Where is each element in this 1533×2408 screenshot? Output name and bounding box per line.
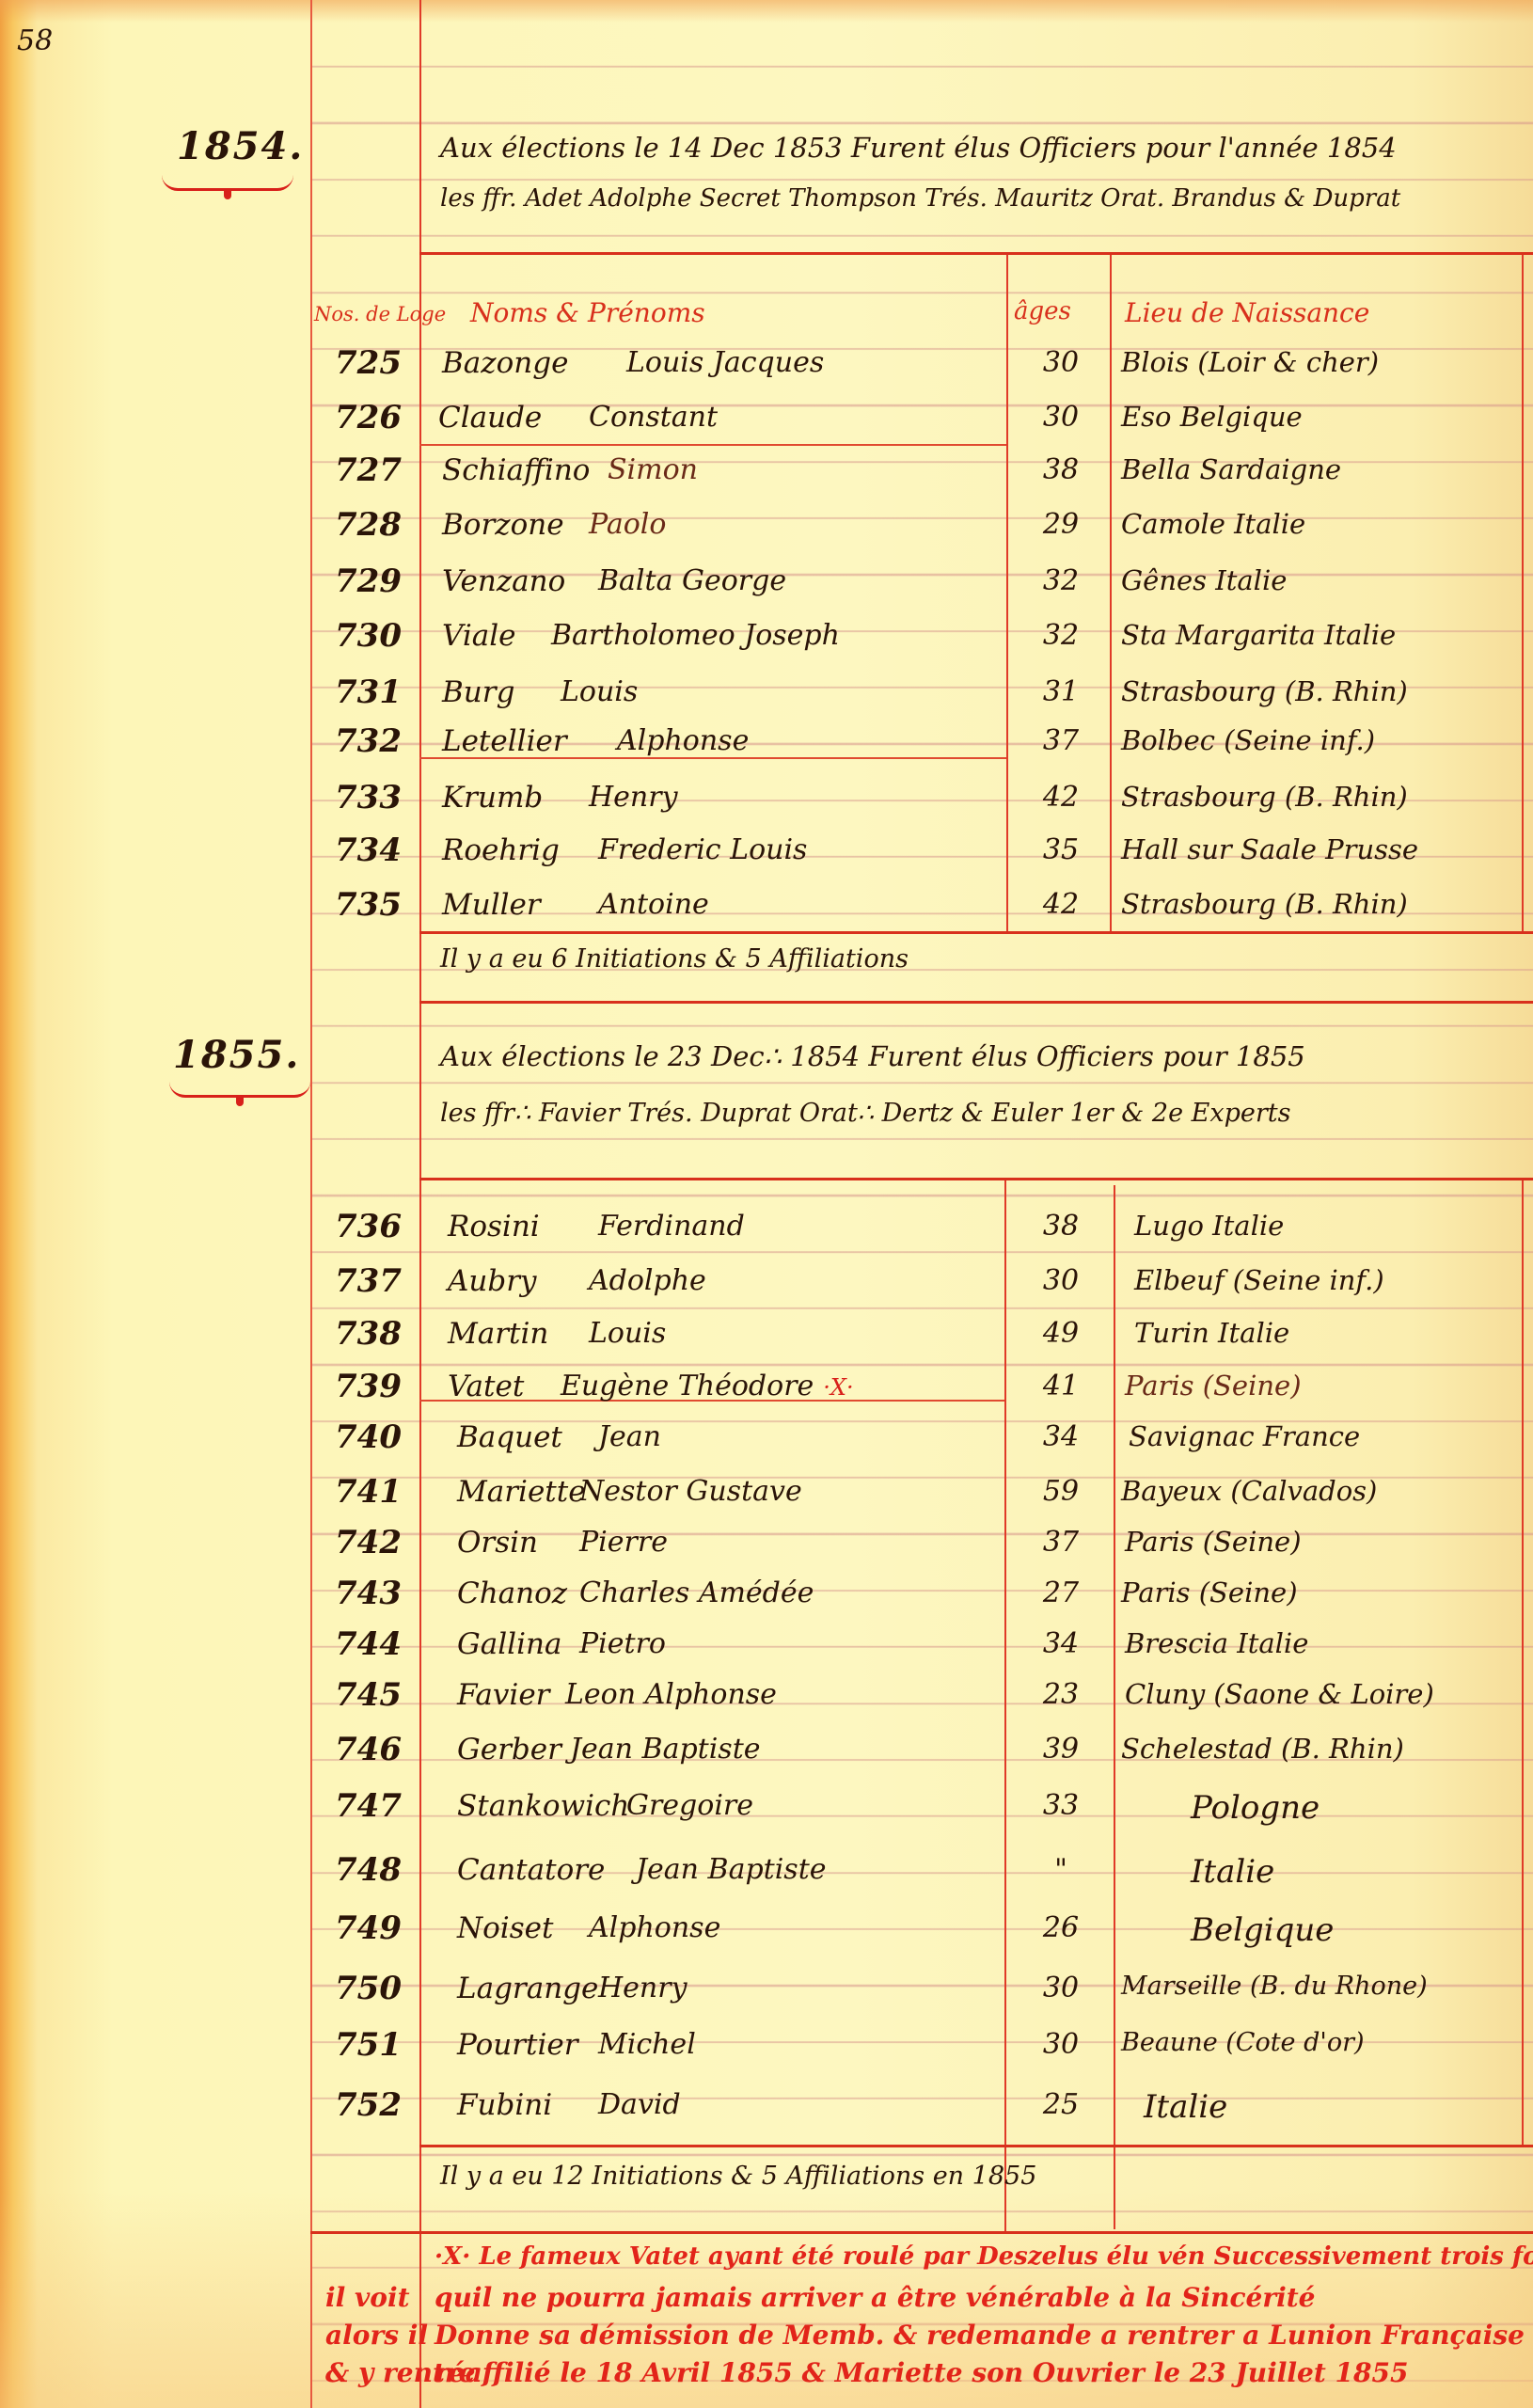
age: 37 bbox=[1023, 1526, 1098, 1559]
given-names: Simon bbox=[608, 453, 698, 486]
surname: Fubini bbox=[457, 2088, 552, 2122]
year-1855: 1855. bbox=[173, 1033, 300, 1077]
given-names: Henry bbox=[598, 1972, 687, 2004]
birthplace: Belgique bbox=[1191, 1911, 1334, 1949]
member-row: 742 Orsin Pierre 37 Paris (Seine) bbox=[316, 1518, 1520, 1573]
lodge-number: 744 bbox=[335, 1625, 419, 1663]
member-row: 736 Rosini Ferdinand 38 Lugo Italie bbox=[316, 1202, 1520, 1257]
age: 25 bbox=[1023, 2088, 1098, 2121]
member-row: 729 Venzano Balta George 32 Gênes Italie bbox=[316, 557, 1520, 611]
given-names: Louis bbox=[589, 1317, 666, 1350]
year-1854: 1854. bbox=[177, 124, 304, 168]
birthplace: Sta Margarita Italie bbox=[1121, 619, 1396, 651]
lodge-number: 741 bbox=[335, 1473, 419, 1511]
surname: Roehrig bbox=[442, 833, 560, 867]
lodge-number: 728 bbox=[335, 506, 419, 544]
birthplace: Blois (Loir & cher) bbox=[1121, 346, 1379, 378]
birthplace: Marseille (B. du Rhone) bbox=[1121, 1972, 1428, 2001]
surname: Letellier bbox=[442, 724, 567, 758]
lodge-number: 750 bbox=[335, 1970, 419, 2007]
member-row: 728 Borzone Paolo 29 Camole Italie bbox=[316, 500, 1520, 555]
birthplace: Cluny (Saone & Loire) bbox=[1125, 1678, 1434, 1710]
given-names: Constant bbox=[589, 401, 718, 434]
footnote-body-line: ·X· Le fameux Vatet ayant été roulé par … bbox=[435, 2242, 1533, 2271]
lodge-number: 726 bbox=[335, 399, 419, 436]
member-row: 750 Lagrange Henry 30 Marseille (B. du R… bbox=[316, 1964, 1520, 2019]
surname: Burg bbox=[442, 675, 514, 709]
member-row: 726 Claude Constant 30 Eso Belgique bbox=[316, 393, 1520, 448]
age: 30 bbox=[1023, 2028, 1098, 2061]
age: 59 bbox=[1023, 1475, 1098, 1508]
member-row: 733 Krumb Henry 42 Strasbourg (B. Rhin) bbox=[316, 773, 1520, 828]
lodge-number: 733 bbox=[335, 779, 419, 816]
surname: Rosini bbox=[448, 1210, 540, 1244]
given-names: Alphonse bbox=[589, 1911, 720, 1944]
lodge-number: 727 bbox=[335, 451, 419, 489]
given-names: Jean Baptiste bbox=[636, 1853, 827, 1886]
member-row: 725 Bazonge Louis Jacques 30 Blois (Loir… bbox=[316, 339, 1520, 393]
member-row: 747 Stankowich Gregoire 33 Pologne bbox=[316, 1782, 1520, 1836]
age: 27 bbox=[1023, 1576, 1098, 1609]
birthplace: Strasbourg (B. Rhin) bbox=[1121, 675, 1408, 707]
birthplace: Paris (Seine) bbox=[1125, 1370, 1302, 1402]
footnote-margin-line: alors il bbox=[325, 2320, 428, 2351]
surname: Chanoz bbox=[457, 1576, 567, 1610]
age: 26 bbox=[1023, 1911, 1098, 1944]
given-names: Louis bbox=[561, 675, 638, 708]
age: 39 bbox=[1023, 1733, 1098, 1766]
age: 34 bbox=[1023, 1627, 1098, 1660]
given-names: Pierre bbox=[579, 1526, 668, 1559]
surname: Favier bbox=[457, 1678, 549, 1712]
summary-1855: Il y a eu 12 Initiations & 5 Affiliation… bbox=[440, 2162, 1036, 2191]
member-row: 740 Baquet Jean 34 Savignac France bbox=[316, 1413, 1520, 1467]
surname: Mariette bbox=[457, 1475, 586, 1509]
surname: Aubry bbox=[448, 1264, 537, 1298]
member-row: 739 Vatet Eugène Théodore·X· 41 Paris (S… bbox=[316, 1362, 1520, 1417]
birthplace: Italie bbox=[1191, 1853, 1274, 1891]
lodge-number: 743 bbox=[335, 1575, 419, 1612]
birthplace: Schelestad (B. Rhin) bbox=[1121, 1733, 1404, 1765]
lodge-number: 729 bbox=[335, 562, 419, 600]
age: " bbox=[1023, 1853, 1098, 1886]
given-names: Pietro bbox=[579, 1627, 666, 1660]
elections-1855-line-2: les ffr∴ Favier Trés. Duprat Orat∴ Dertz… bbox=[440, 1099, 1290, 1128]
elections-1854-line-1: Aux élections le 14 Dec 1853 Furent élus… bbox=[440, 132, 1397, 164]
surname: Cantatore bbox=[457, 1853, 605, 1887]
age: 49 bbox=[1023, 1317, 1098, 1350]
age: 38 bbox=[1023, 453, 1098, 486]
member-row: 743 Chanoz Charles Amédée 27 Paris (Sein… bbox=[316, 1569, 1520, 1624]
table-right-rule-1854 bbox=[1522, 252, 1524, 931]
birthplace: Elbeuf (Seine inf.) bbox=[1134, 1264, 1384, 1296]
birthplace: Brescia Italie bbox=[1125, 1627, 1308, 1659]
member-row: 749 Noiset Alphonse 26 Belgique bbox=[316, 1904, 1520, 1958]
col-header-num: Nos. de Loge bbox=[314, 303, 446, 325]
rule-footnote-top bbox=[310, 2231, 1533, 2234]
age: 23 bbox=[1023, 1678, 1098, 1711]
table-right-rule-1855 bbox=[1522, 1178, 1524, 2147]
surname: Stankowich bbox=[457, 1789, 629, 1823]
surname: Claude bbox=[438, 401, 542, 435]
surname: Lagrange bbox=[457, 1972, 598, 2005]
rule-1854-summary-bottom bbox=[419, 1001, 1533, 1004]
rule-1855-table-bottom bbox=[419, 2145, 1533, 2147]
age: 31 bbox=[1023, 675, 1098, 708]
member-row: 730 Viale Bartholomeo Joseph 32 Sta Marg… bbox=[316, 611, 1520, 666]
page-number: 58 bbox=[17, 24, 53, 57]
given-names: Antoine bbox=[598, 888, 709, 921]
age: 42 bbox=[1023, 888, 1098, 921]
age: 29 bbox=[1023, 508, 1098, 541]
birthplace: Paris (Seine) bbox=[1125, 1526, 1302, 1558]
surname: Borzone bbox=[442, 508, 564, 542]
year-1855-underline-flourish bbox=[169, 1082, 310, 1098]
age: 32 bbox=[1023, 564, 1098, 597]
birthplace: Italie bbox=[1144, 2088, 1227, 2126]
birthplace: Hall sur Saale Prusse bbox=[1121, 833, 1418, 865]
footnote-margin-line: il voit bbox=[325, 2282, 410, 2313]
birthplace: Bolbec (Seine inf.) bbox=[1121, 724, 1375, 756]
given-names: Nestor Gustave bbox=[579, 1475, 802, 1508]
birthplace: Beaune (Cote d'or) bbox=[1121, 2028, 1365, 2057]
lodge-number: 752 bbox=[335, 2086, 419, 2124]
rule-1854-table-top bbox=[419, 252, 1533, 255]
elections-1854-line-2: les ffr. Adet Adolphe Secret Thompson Tr… bbox=[440, 184, 1400, 213]
birthplace: Turin Italie bbox=[1134, 1317, 1289, 1349]
surname: Schiaffino bbox=[442, 453, 590, 487]
birthplace: Strasbourg (B. Rhin) bbox=[1121, 781, 1408, 813]
footnote-body-line: quil ne pourra jamais arriver a être vén… bbox=[435, 2282, 1315, 2313]
given-names: Michel bbox=[598, 2028, 696, 2061]
given-names: Adolphe bbox=[589, 1264, 706, 1297]
lodge-number: 731 bbox=[335, 673, 419, 711]
surname: Vatet bbox=[448, 1370, 524, 1403]
birthplace: Eso Belgique bbox=[1121, 401, 1303, 433]
age: 33 bbox=[1023, 1789, 1098, 1822]
member-row: 727 Schiaffino Simon 38 Bella Sardaigne bbox=[316, 446, 1520, 500]
given-names: Frederic Louis bbox=[598, 833, 807, 866]
given-names: Gregoire bbox=[626, 1789, 753, 1822]
lodge-number: 734 bbox=[335, 832, 419, 869]
birthplace: Bayeux (Calvados) bbox=[1121, 1475, 1377, 1507]
surname: Orsin bbox=[457, 1526, 538, 1560]
birthplace: Savignac France bbox=[1129, 1420, 1360, 1452]
given-names: Alphonse bbox=[617, 724, 749, 757]
surname: Krumb bbox=[442, 781, 543, 815]
given-names: Jean Baptiste bbox=[570, 1733, 761, 1766]
col-header-birthplace: Lieu de Naissance bbox=[1125, 297, 1369, 328]
footnote-body-line: réaffilié le 18 Avril 1855 & Mariette so… bbox=[435, 2357, 1408, 2388]
given-names: Ferdinand bbox=[598, 1210, 745, 1243]
lodge-number: 746 bbox=[335, 1731, 419, 1768]
surname: Pourtier bbox=[457, 2028, 578, 2062]
lodge-number: 740 bbox=[335, 1418, 419, 1456]
surname: Noiset bbox=[457, 1911, 553, 1945]
birthplace: Lugo Italie bbox=[1134, 1210, 1284, 1242]
birthplace: Pologne bbox=[1191, 1789, 1320, 1827]
given-names: Paolo bbox=[589, 508, 666, 541]
member-row: 741 Mariette Nestor Gustave 59 Bayeux (C… bbox=[316, 1467, 1520, 1522]
age: 30 bbox=[1023, 346, 1098, 379]
given-names: Leon Alphonse bbox=[565, 1678, 777, 1711]
lodge-number: 737 bbox=[335, 1262, 419, 1300]
surname: Viale bbox=[442, 619, 516, 653]
lodge-number: 735 bbox=[335, 886, 419, 924]
given-names: Louis Jacques bbox=[626, 346, 824, 379]
birthplace: Strasbourg (B. Rhin) bbox=[1121, 888, 1408, 920]
surname: Gerber bbox=[457, 1733, 561, 1766]
elections-1855-line-1: Aux élections le 23 Dec∴ 1854 Furent élu… bbox=[440, 1040, 1305, 1072]
given-names: Balta George bbox=[598, 564, 786, 597]
given-names: Bartholomeo Joseph bbox=[551, 619, 840, 652]
age: 41 bbox=[1023, 1370, 1098, 1402]
footnote-marker: ·X· bbox=[823, 1374, 853, 1401]
surname: Bazonge bbox=[442, 346, 568, 380]
age: 32 bbox=[1023, 619, 1098, 652]
given-names-text: Eugène Théodore bbox=[561, 1370, 814, 1402]
age: 30 bbox=[1023, 1264, 1098, 1297]
birthplace: Camole Italie bbox=[1121, 508, 1305, 540]
col-header-name: Noms & Prénoms bbox=[470, 297, 705, 328]
lodge-number: 745 bbox=[335, 1676, 419, 1714]
surname: Martin bbox=[448, 1317, 548, 1351]
footnote-body-line: Donne sa démission de Memb. & redemande … bbox=[435, 2320, 1525, 2351]
rule-1855-heading-bottom bbox=[419, 1178, 1533, 1180]
age: 42 bbox=[1023, 781, 1098, 814]
lodge-number: 751 bbox=[335, 2026, 419, 2064]
member-row: 746 Gerber Jean Baptiste 39 Schelestad (… bbox=[316, 1725, 1520, 1780]
summary-1854: Il y a eu 6 Initiations & 5 Affiliations bbox=[440, 944, 909, 974]
member-row: 734 Roehrig Frederic Louis 35 Hall sur S… bbox=[316, 826, 1520, 880]
surname: Venzano bbox=[442, 564, 565, 598]
age: 34 bbox=[1023, 1420, 1098, 1453]
year-1854-underline-flourish bbox=[162, 175, 293, 191]
member-row: 744 Gallina Pietro 34 Brescia Italie bbox=[316, 1620, 1520, 1674]
lodge-number: 738 bbox=[335, 1315, 419, 1353]
member-row: 731 Burg Louis 31 Strasbourg (B. Rhin) bbox=[316, 668, 1520, 722]
lodge-number: 749 bbox=[335, 1909, 419, 1947]
age: 30 bbox=[1023, 1972, 1098, 2004]
lodge-number: 739 bbox=[335, 1368, 419, 1405]
age: 35 bbox=[1023, 833, 1098, 866]
given-names: Charles Amédée bbox=[579, 1576, 814, 1609]
age: 38 bbox=[1023, 1210, 1098, 1243]
member-row: 748 Cantatore Jean Baptiste " Italie bbox=[316, 1846, 1520, 1900]
birthplace: Bella Sardaigne bbox=[1121, 453, 1341, 485]
margin-rule bbox=[310, 0, 312, 2408]
lodge-number: 725 bbox=[335, 344, 419, 382]
member-row: 751 Pourtier Michel 30 Beaune (Cote d'or… bbox=[316, 2020, 1520, 2075]
member-row: 735 Muller Antoine 42 Strasbourg (B. Rhi… bbox=[316, 880, 1520, 935]
age: 30 bbox=[1023, 401, 1098, 434]
lodge-number: 747 bbox=[335, 1787, 419, 1825]
age: 37 bbox=[1023, 724, 1098, 757]
col-header-age: âges bbox=[1014, 297, 1071, 325]
surname: Baquet bbox=[457, 1420, 562, 1454]
surname: Muller bbox=[442, 888, 541, 922]
lodge-number: 736 bbox=[335, 1208, 419, 1245]
given-names: Jean bbox=[598, 1420, 661, 1453]
surname: Gallina bbox=[457, 1627, 561, 1661]
member-row: 738 Martin Louis 49 Turin Italie bbox=[316, 1309, 1520, 1364]
lodge-number: 732 bbox=[335, 722, 419, 760]
birthplace: Gênes Italie bbox=[1121, 564, 1287, 596]
member-row: 732 Letellier Alphonse 37 Bolbec (Seine … bbox=[316, 717, 1520, 771]
member-row: 745 Favier Leon Alphonse 23 Cluny (Saone… bbox=[316, 1671, 1520, 1725]
lodge-number: 730 bbox=[335, 617, 419, 655]
member-row: 752 Fubini David 25 Italie bbox=[316, 2081, 1520, 2135]
member-row: 737 Aubry Adolphe 30 Elbeuf (Seine inf.) bbox=[316, 1257, 1520, 1311]
lodge-number: 748 bbox=[335, 1851, 419, 1889]
given-names: David bbox=[598, 2088, 681, 2121]
birthplace: Paris (Seine) bbox=[1121, 1576, 1298, 1608]
lodge-number: 742 bbox=[335, 1524, 419, 1561]
given-names: Eugène Théodore·X· bbox=[561, 1370, 854, 1402]
given-names: Henry bbox=[589, 781, 678, 814]
